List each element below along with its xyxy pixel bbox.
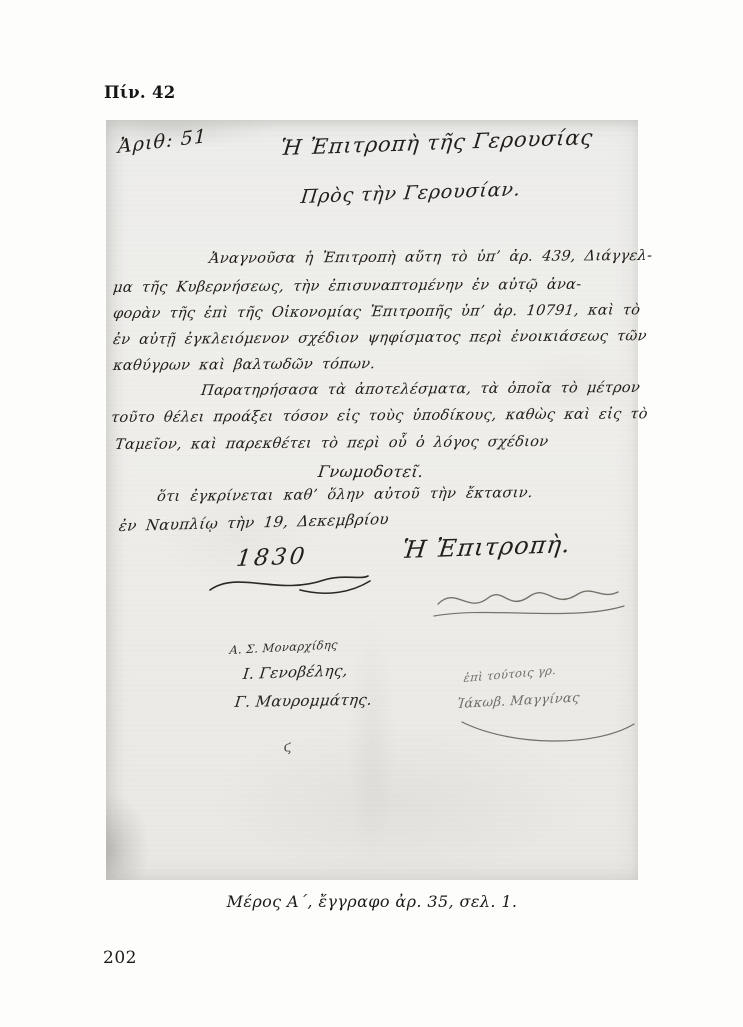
manuscript-heading-1: Ἡ Ἐπιτροπὴ τῆς Γερουσίας	[279, 125, 594, 160]
manuscript-line: Ἀναγνοῦσα ἡ Ἐπιτροπὴ αὕτη τὸ ὑπ’ ἀρ. 439…	[208, 248, 653, 267]
manuscript-verdict-word: Γνωμοδοτεῖ.	[104, 462, 638, 481]
manuscript-line: μα τῆς Κυβερνήσεως, τὴν ἐπισυναπτομένην …	[112, 277, 582, 296]
signature-flourish-icon	[432, 578, 627, 624]
manuscript-line: Παρατηρήσασα τὰ ἀποτελέσματα, τὰ ὁποῖα τ…	[200, 380, 641, 399]
page-number: 202	[103, 948, 137, 968]
manuscript-committee-signoff: Ἡ Ἐπιτροπὴ.	[401, 530, 573, 564]
pen-tail-icon	[458, 716, 638, 750]
manuscript-side-note: ἐπὶ τούτοις γρ.	[463, 663, 556, 685]
figure-caption: Μέρος Α΄, ἔγγραφο ἀρ. 35, σελ. 1.	[106, 892, 638, 911]
ink-swash-icon	[204, 566, 374, 600]
manuscript-signature: Α. Σ. Μοναρχίδης	[229, 637, 338, 657]
manuscript-doc-number: Ἀριθ: 51	[118, 125, 208, 158]
manuscript-line: καθύγρων καὶ βαλτωδῶν τόπων.	[112, 356, 376, 374]
manuscript-line: τοῦτο θέλει προάξει τόσον εἰς τοὺς ὑποδί…	[110, 406, 649, 426]
manuscript-signature: Γ. Μαυρομμάτης.	[234, 691, 374, 711]
manuscript-dateline: ἐν Ναυπλίῳ τὴν 19, Δεκεμβρίου	[118, 510, 390, 535]
manuscript-photo: Ἀριθ: 51 Ἡ Ἐπιτροπὴ τῆς Γερουσίας Πρὸς τ…	[106, 120, 638, 880]
manuscript-side-note: Ἰάκωβ. Μαγγίνας	[457, 691, 581, 712]
manuscript-line: ἐν αὐτῇ ἐγκλειόμενον σχέδιον ψηφίσματος …	[112, 328, 647, 348]
plate-label: Πίν. 42	[104, 83, 176, 102]
manuscript-line: φορὰν τῆς ἐπὶ τῆς Οἰκονομίας Ἐπιτροπῆς ὑ…	[112, 302, 641, 322]
manuscript-decision-line: ὅτι ἐγκρίνεται καθ’ ὅλην αὐτοῦ τὴν ἔκτασ…	[156, 485, 533, 505]
manuscript-heading-2: Πρὸς τὴν Γερουσίαν.	[300, 178, 522, 208]
manuscript-line: Ταμεῖον, καὶ παρεκθέτει τὸ περὶ οὗ ὁ λόγ…	[114, 434, 549, 453]
manuscript-signature: Ι. Γενοβέλης,	[242, 661, 349, 683]
manuscript-check-mark: ϛ	[282, 739, 293, 756]
book-page: Πίν. 42 Ἀριθ: 51 Ἡ Ἐπιτροπὴ τῆς Γερουσία…	[0, 0, 743, 1027]
